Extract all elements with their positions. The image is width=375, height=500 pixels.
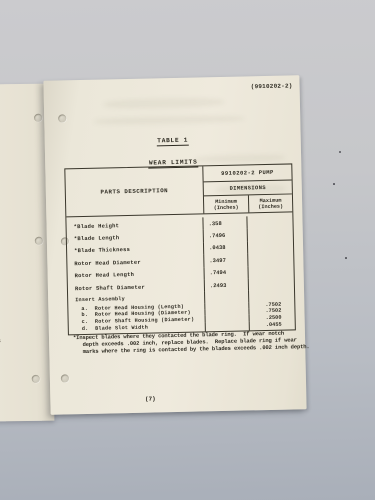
max-value	[248, 228, 293, 241]
max-value	[248, 265, 293, 278]
photo-background: ) s e * d s (9910202-2) TABLE 1 WEAR LIM…	[0, 0, 375, 500]
col-header-parts: PARTS DESCRIPTION	[65, 166, 204, 216]
col-header-min: Minimum (Inches)	[204, 195, 249, 213]
min-value: .3497	[204, 254, 248, 267]
footnote: *Inspect blades where they contacted the…	[73, 330, 305, 356]
dimensions-section: 9910202-2 PUMP DIMENSIONS Minimum (Inche…	[203, 164, 292, 213]
punch-hole	[58, 114, 66, 122]
punch-hole	[35, 237, 43, 245]
table-title: TABLE 1	[156, 137, 189, 147]
ink-bleedthrough	[94, 114, 244, 125]
col-header-max: Maximum (Inches)	[249, 194, 292, 212]
min-value: .0438	[204, 241, 248, 254]
text-fragment: s	[0, 337, 1, 344]
doc-reference: (9910202-2)	[251, 82, 293, 90]
punch-hole	[61, 374, 69, 382]
table-header: PARTS DESCRIPTION 9910202-2 PUMP DIMENSI…	[65, 164, 292, 217]
table-body: *Blade Height .358 *Blade Length .7496 *…	[66, 212, 294, 334]
dust-speck	[333, 183, 335, 185]
max-value: .0455	[250, 320, 295, 330]
min-value: .358	[203, 216, 247, 229]
minmax-header-row: Minimum (Inches) Maximum (Inches)	[204, 194, 292, 213]
dust-speck	[339, 151, 341, 153]
min-value	[205, 291, 249, 303]
min-value: .7496	[204, 229, 248, 242]
punch-hole	[32, 375, 40, 383]
max-value	[248, 253, 293, 266]
max-value	[249, 290, 294, 302]
min-value: .2493	[205, 278, 249, 291]
ink-bleedthrough	[104, 97, 224, 110]
page-number: (7)	[50, 393, 250, 404]
max-value	[247, 215, 292, 228]
min-value: .7494	[204, 266, 248, 279]
max-value	[249, 277, 294, 290]
wear-limits-table: PARTS DESCRIPTION 9910202-2 PUMP DIMENSI…	[64, 163, 296, 335]
dust-speck	[345, 257, 347, 259]
max-value	[248, 240, 293, 253]
col-header-pump: 9910202-2 PUMP	[203, 164, 291, 182]
document-page: (9910202-2) TABLE 1 WEAR LIMITS PARTS DE…	[43, 75, 306, 415]
punch-hole	[34, 114, 42, 122]
